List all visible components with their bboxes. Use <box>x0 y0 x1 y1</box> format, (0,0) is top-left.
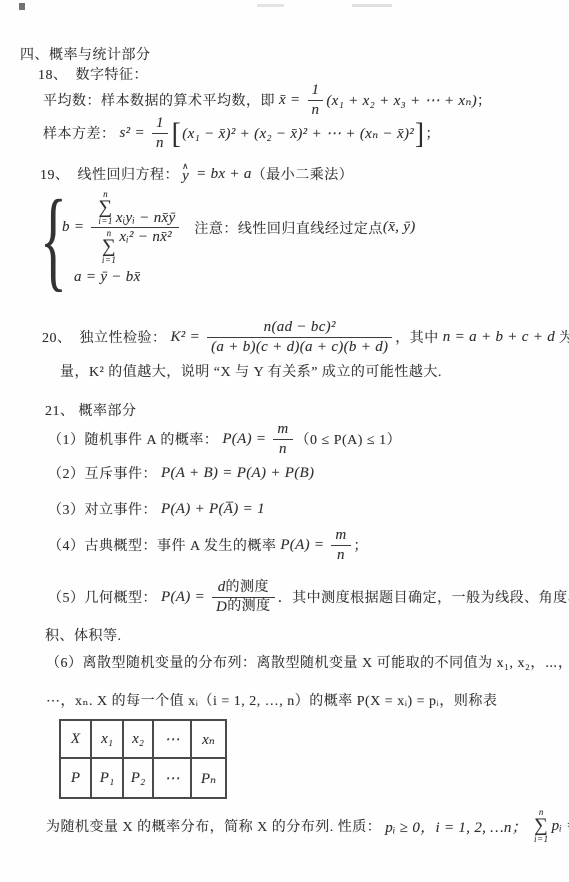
p1-label: （1）随机事件 A 的概率： <box>48 429 222 449</box>
k-squared-fraction: n(ad − bc)² (a + b)(c + d)(a + c)(b + d) <box>207 319 392 355</box>
prob-item-4: （4）古典概型：事件 A 发生的概率 P(A) = m n ； <box>48 527 368 563</box>
p2-label: （2）互斥事件： <box>48 463 161 483</box>
p4-tail: ； <box>354 535 369 555</box>
regression-note: 注意：线性回归直线经过定点 <box>194 218 383 238</box>
item-20-continuation: 量，K² 的值越大，说明 “X 与 Y 有关系” 成立的可能性越大. <box>60 361 442 381</box>
item-20-line: 20、 独立性检验： K² = n(ad − bc)² (a + b)(c + … <box>42 314 569 360</box>
variance-lhs: s² <box>120 125 131 142</box>
fraction-denominator: n <box>273 439 292 458</box>
fraction: 1 n <box>308 82 324 118</box>
measure-label: 的测度 <box>227 599 271 614</box>
a-formula: a = ȳ − bx̄ <box>74 269 141 286</box>
D-variable: D <box>216 599 227 616</box>
fraction-numerator: m <box>273 421 292 439</box>
scan-artifact-smudge <box>257 4 284 7</box>
sum-lower-limit: i=1 <box>98 217 113 226</box>
section-title-text: 四、概率与统计部分 <box>20 44 151 64</box>
p4-lhs: P(A) = <box>280 537 328 554</box>
prob-item-3: （3）对立事件： P(A) + P(A̅) = 1 <box>48 499 265 519</box>
table-row: P P₁ P₂ ⋯ Pₙ <box>60 758 226 798</box>
y-variable: y <box>182 169 189 184</box>
variance-label: 样本方差： <box>43 123 120 143</box>
b-fraction-numerator: n ∑ i=1 xᵢyᵢ − nx̄ȳ <box>91 190 179 227</box>
mean-body: (x₁ + x₂ + x₃ + ⋯ + xₙ) <box>326 91 477 110</box>
p5-tail: ．其中测度根据题目确定，一般为线段、角度、面 <box>278 587 569 607</box>
b-coefficient-row: b = n ∑ i=1 xᵢyᵢ − nx̄ȳ n ∑ <box>62 190 416 265</box>
mean-label: 平均数：样本数据的算术平均数，即 <box>43 90 279 110</box>
measure-fraction: d的测度 D的测度 <box>212 579 275 615</box>
p5-label: （5）几何概型： <box>48 587 161 607</box>
table-cell: x₁ <box>91 720 123 758</box>
prob-item-1: （1）随机事件 A 的概率： P(A) = m n （0 ≤ P(A) ≤ 1） <box>48 421 401 457</box>
table-cell: P₁ <box>91 758 123 798</box>
item-21-heading: 21、 概率部分 <box>45 400 137 420</box>
regression-system: { b = n ∑ i=1 xᵢyᵢ − nx̄ȳ n <box>46 190 416 304</box>
sum-lower-limit: i=1 <box>102 256 117 265</box>
equals-sign: = <box>130 125 149 142</box>
item-19-heading: 19、 线性回归方程： ∧ y = bx + a （最小二乘法） <box>40 160 353 188</box>
table-cell: xₙ <box>191 720 226 758</box>
summation-symbol: n ∑ i=1 <box>98 190 113 226</box>
mean-tail: ； <box>477 90 492 110</box>
variance-tail: ； <box>426 123 441 143</box>
table-cell: ⋯ <box>153 720 191 758</box>
n-sum-formula: n = a + b + c + d <box>443 329 555 346</box>
sum-lower-limit: i=1 <box>534 835 549 844</box>
fraction: 1 n <box>152 115 168 151</box>
left-curly-brace: { <box>40 184 67 296</box>
k-squared-lhs: K² = <box>171 329 205 346</box>
p1-lhs: P(A) = <box>222 431 270 448</box>
right-bracket: ] <box>415 118 425 148</box>
denominator-terms: xᵢ² − nx̄² <box>119 229 172 246</box>
numerator-terms: xᵢyᵢ − nx̄ȳ <box>116 210 176 227</box>
closing-rhs: pᵢ = 1. <box>552 818 569 835</box>
prob-item-5-continuation: 积、体积等. <box>45 625 122 645</box>
prob-item-2: （2）互斥事件： P(A + B) = P(A) + P(B) <box>48 463 314 483</box>
fraction-numerator: n(ad − bc)² <box>260 319 340 337</box>
table-cell: ⋯ <box>153 758 191 798</box>
scan-artifact-smudge <box>352 4 392 7</box>
item-20-after2: 为样本容 <box>555 327 569 347</box>
item-19-title: 线性回归方程： <box>78 164 180 184</box>
fraction-numerator: m <box>331 527 350 545</box>
table-cell: x₂ <box>123 720 153 758</box>
item-20-line2: 量，K² 的值越大，说明 “X 与 Y 有关系” 成立的可能性越大. <box>60 361 442 381</box>
prob-item-6-line2: ⋯，xₙ. X 的每一个值 xᵢ（i = 1, 2, …, n）的概率 P(X … <box>46 690 497 710</box>
equals-sign: = <box>286 92 305 109</box>
variance-formula-line: 样本方差： s² = 1 n [ (x₁ − x̄)² + (x₂ − x̄)²… <box>43 114 440 152</box>
item-21-number: 21、 <box>45 400 75 420</box>
fraction: m n <box>273 421 292 457</box>
p3-formula: P(A) + P(A̅) = 1 <box>161 501 265 518</box>
sigma-icon: ∑ <box>102 238 116 256</box>
b-fraction-denominator: n ∑ i=1 xᵢ² − nx̄² <box>91 227 179 265</box>
item-20-number: 20、 <box>42 327 72 347</box>
sigma-icon: ∑ <box>534 817 548 835</box>
p5-line2: 积、体积等. <box>45 625 122 645</box>
p3-label: （3）对立事件： <box>48 499 161 519</box>
p6-line1: （6）离散型随机变量的分布列：离散型随机变量 X 可能取的不同值为 x₁, x₂… <box>46 652 569 672</box>
fraction-denominator: (a + b)(c + d)(a + c)(b + d) <box>207 337 392 356</box>
p2-formula: P(A + B) = P(A) + P(B) <box>161 465 314 482</box>
variance-body: (x₁ − x̄)² + (x₂ − x̄)² + ⋯ + (xₙ − x̄)² <box>182 124 414 143</box>
distribution-table: X x₁ x₂ ⋯ xₙ P P₁ P₂ ⋯ Pₙ <box>59 719 227 799</box>
p6-line2: ⋯，xₙ. X 的每一个值 xᵢ（i = 1, 2, …, n）的概率 P(X … <box>46 690 497 710</box>
y-hat: ∧ y <box>182 164 189 184</box>
fraction-denominator: n <box>331 545 350 564</box>
d-variable: d <box>218 579 226 596</box>
fraction-numerator: d的测度 <box>214 579 273 597</box>
left-bracket: [ <box>172 118 182 148</box>
table-cell: X <box>60 720 91 758</box>
table-cell: Pₙ <box>191 758 226 798</box>
fixed-point: (x̄, ȳ) <box>383 219 416 236</box>
fraction-denominator: n <box>152 133 168 152</box>
p4-label: （4）古典概型：事件 A 发生的概率 <box>48 535 280 555</box>
item-21-title: 概率部分 <box>79 400 137 420</box>
sigma-icon: ∑ <box>99 199 113 217</box>
fraction-denominator: D的测度 <box>212 597 275 616</box>
b-fraction: n ∑ i=1 xᵢyᵢ − nx̄ȳ n ∑ i=1 xᵢ² − nx̄² <box>91 190 179 265</box>
fraction: m n <box>331 527 350 563</box>
mean-lhs: x̄ <box>279 92 286 109</box>
closing-condition: pᵢ ≥ 0，i = 1, 2, …n； <box>385 816 531 837</box>
summation-symbol: n ∑ i=1 <box>534 808 549 844</box>
closing-line: 为随机变量 X 的概率分布，简称 X 的分布列. 性质： pᵢ ≥ 0，i = … <box>46 805 569 847</box>
table-cell: P <box>60 758 91 798</box>
least-squares-label: （最小二乘法） <box>252 164 354 184</box>
fraction-numerator: 1 <box>152 115 168 133</box>
scan-artifact-mark <box>19 3 25 10</box>
table-cell: P₂ <box>123 758 153 798</box>
prob-item-5: （5）几何概型： P(A) = d的测度 D的测度 ．其中测度根据题目确定，一般… <box>48 575 569 619</box>
fraction-numerator: 1 <box>308 82 324 100</box>
closing-pre: 为随机变量 X 的概率分布，简称 X 的分布列. 性质： <box>46 816 385 836</box>
summation-symbol: n ∑ i=1 <box>102 229 117 265</box>
scanned-math-notes-page: 四、概率与统计部分 18、数字特征： 平均数：样本数据的算术平均数，即 x̄ =… <box>0 0 569 882</box>
prob-item-6-line1: （6）离散型随机变量的分布列：离散型随机变量 X 可能取的不同值为 x₁, x₂… <box>46 652 569 672</box>
item-20-after: ，其中 <box>395 327 443 347</box>
section-title: 四、概率与统计部分 <box>20 44 151 64</box>
item-20-title: 独立性检验： <box>80 327 171 347</box>
p1-range: （0 ≤ P(A) ≤ 1） <box>296 429 402 449</box>
p5-lhs: P(A) = <box>161 589 209 606</box>
a-coefficient-row: a = ȳ − bx̄ <box>74 269 416 286</box>
table-row: X x₁ x₂ ⋯ xₙ <box>60 720 226 758</box>
regression-rhs: = bx + a <box>192 166 252 183</box>
measure-label: 的测度 <box>226 580 270 595</box>
